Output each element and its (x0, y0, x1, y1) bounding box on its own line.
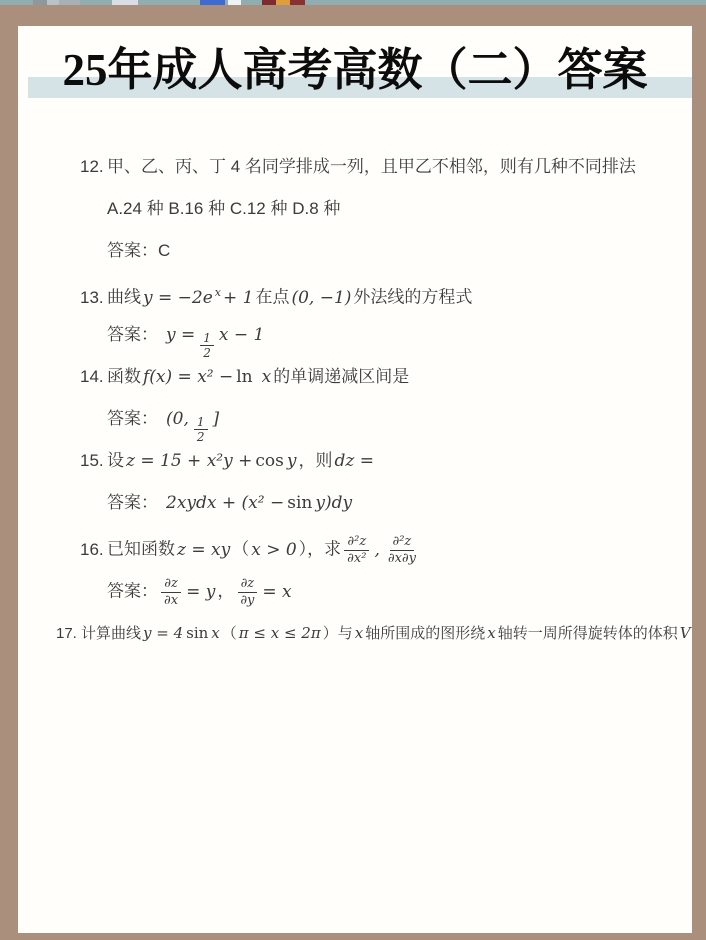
math-expression: x (353, 624, 365, 642)
answer-label: 答案： (107, 409, 158, 428)
question-14-number: 14. (80, 366, 107, 387)
fraction-numerator: ∂²z (390, 534, 415, 551)
question-17-text: 轴所围成的图形绕 (365, 625, 485, 642)
question-15-text-line: 15.设z = 15 + x²y +cosy，则dz = (80, 450, 678, 471)
fraction: ∂z∂x (161, 576, 181, 608)
math-expression: x − 1 (217, 325, 266, 345)
math-expression: (0, (164, 409, 191, 429)
fraction-denominator: ∂x∂y (385, 551, 419, 567)
math-expression: f(x) = x² − (141, 367, 235, 387)
question-17-text: 计算曲线 (81, 625, 141, 642)
fraction-denominator: 2 (194, 430, 208, 444)
question-16-number: 16. (80, 539, 107, 560)
browser-icon-fragment (262, 0, 276, 5)
math-expression: y = (164, 325, 197, 345)
browser-icon-fragment (59, 0, 80, 5)
math-expression: y = 4 (141, 624, 185, 642)
answer-label: 答案： (107, 325, 158, 344)
math-expression: x (260, 367, 274, 387)
fraction: 12 (200, 331, 214, 361)
math-expression: dz = (332, 451, 376, 471)
question-16-answer-line: 答案：∂z∂x= y，∂z∂y= x (80, 576, 678, 597)
question-15-answer-line: 答案：2xydx + (x² −siny)dy (80, 492, 678, 513)
question-12-answer-line: 答案：C (80, 240, 678, 261)
math-function: cos (254, 451, 284, 471)
math-expression: x (209, 624, 221, 642)
question-13-text: 外法线的方程式 (353, 288, 472, 307)
fraction-denominator: ∂x² (344, 551, 369, 567)
fraction-numerator: ∂z (161, 576, 181, 593)
math-expression: V (678, 624, 693, 642)
fraction-numerator: ∂²z (344, 534, 369, 551)
fraction-numerator: 1 (200, 331, 214, 346)
page-title: 25年成人高考高数（二）答案 (18, 44, 692, 96)
math-expression: 2xydx + (x² − (164, 493, 286, 513)
question-16-text-line: 16.已知函数z = xy（x > 0），求∂²z∂x²,∂²z∂x∂y (80, 534, 678, 555)
math-separator: ， (217, 582, 234, 601)
fraction: ∂²z∂x∂y (385, 534, 419, 566)
math-expression: z = xy (175, 540, 232, 560)
question-15-text: ，则 (298, 451, 332, 470)
math-expression: y = −2e (141, 288, 215, 308)
math-expression: z = 15 + x²y + (124, 451, 254, 471)
question-15-number: 15. (80, 450, 107, 471)
math-expression: + 1 (221, 288, 255, 308)
question-16-text: （ (232, 540, 249, 559)
math-expression: = y (184, 582, 217, 602)
math-expression: (0, −1) (289, 288, 353, 308)
answer-label: 答案： (107, 241, 158, 260)
fraction-numerator: 1 (194, 415, 208, 430)
question-12-answer: C (158, 241, 170, 260)
question-17-text: ）与 (323, 625, 353, 642)
question-16-text: ），求 (299, 540, 342, 559)
question-12-number: 12. (80, 156, 107, 177)
browser-icon-fragment (47, 0, 59, 5)
fraction-denominator: ∂y (237, 593, 257, 609)
question-12-text: 甲、乙、丙、丁 4 名同学排成一列，且甲乙不相邻，则有几种不同排法 (107, 157, 636, 176)
question-14-text: 函数 (107, 367, 141, 386)
math-expression: x (485, 624, 497, 642)
questions-list: 12.甲、乙、丙、丁 4 名同学排成一列，且甲乙不相邻，则有几种不同排法 A.2… (18, 102, 692, 644)
fraction-numerator: ∂z (238, 576, 258, 593)
fraction: ∂²z∂x² (344, 534, 369, 566)
question-13-number: 13. (80, 287, 107, 308)
question-12-options-line: A.24 种 B.16 种 C.12 种 D.8 种 (80, 198, 678, 219)
math-function: sin (286, 493, 313, 513)
question-14-answer-line: 答案：(0,12] (80, 408, 678, 429)
browser-icon-fragment (228, 0, 241, 5)
fraction-denominator: ∂x (161, 593, 181, 609)
question-13-text: 在点 (255, 288, 289, 307)
question-17-text: 轴转一周所得旋转体的体积 (498, 625, 678, 642)
math-function: ln (235, 367, 253, 387)
math-expression: y)dy (313, 493, 354, 513)
browser-icon-fragment (276, 0, 290, 5)
question-14-text-line: 14.函数f(x) = x² −lnx的单调递减区间是 (80, 366, 678, 387)
math-expression: π ≤ x ≤ 2π (237, 624, 323, 642)
browser-icon-fragment (290, 0, 305, 5)
title-block: 25年成人高考高数（二）答案 (18, 44, 692, 102)
answer-label: 答案： (107, 582, 158, 601)
question-12-options: A.24 种 B.16 种 C.12 种 D.8 种 (107, 199, 340, 218)
question-12-text-line: 12.甲、乙、丙、丁 4 名同学排成一列，且甲乙不相邻，则有几种不同排法 (80, 156, 678, 177)
document-page: 25年成人高考高数（二）答案 12.甲、乙、丙、丁 4 名同学排成一列，且甲乙不… (18, 26, 692, 933)
math-expression: = x (260, 582, 293, 602)
question-15-text: 设 (107, 451, 124, 470)
question-17-number: 17. (56, 623, 81, 644)
fraction: 12 (194, 415, 208, 445)
math-expression: x > 0 (249, 540, 298, 560)
math-separator: , (372, 540, 381, 560)
question-16-text: 已知函数 (107, 540, 175, 559)
browser-toolbar-strip (0, 0, 706, 5)
question-17-text-line: 17.计算曲线y = 4sinx（π ≤ x ≤ 2π）与x轴所围成的图形绕x轴… (56, 623, 678, 644)
question-14-text: 的单调递减区间是 (273, 367, 409, 386)
question-13-answer-line: 答案：y =12x − 1 (80, 324, 678, 345)
screenshot-root: { "colors": { "frame": "#a98f7c", "page"… (0, 0, 706, 940)
math-expression: ] (211, 409, 222, 429)
browser-icon-fragment (33, 0, 47, 5)
fraction: ∂z∂y (237, 576, 257, 608)
math-function: sin (185, 624, 209, 642)
fraction-denominator: 2 (200, 346, 214, 360)
question-13-text-line: 13.曲线y = −2ex+ 1在点(0, −1)外法线的方程式 (80, 282, 678, 303)
browser-icon-fragment (200, 0, 225, 5)
question-13-text: 曲线 (107, 288, 141, 307)
question-17-text: （ (222, 625, 237, 642)
browser-icon-fragment (112, 0, 138, 5)
answer-label: 答案： (107, 493, 158, 512)
math-expression: y (285, 451, 299, 471)
